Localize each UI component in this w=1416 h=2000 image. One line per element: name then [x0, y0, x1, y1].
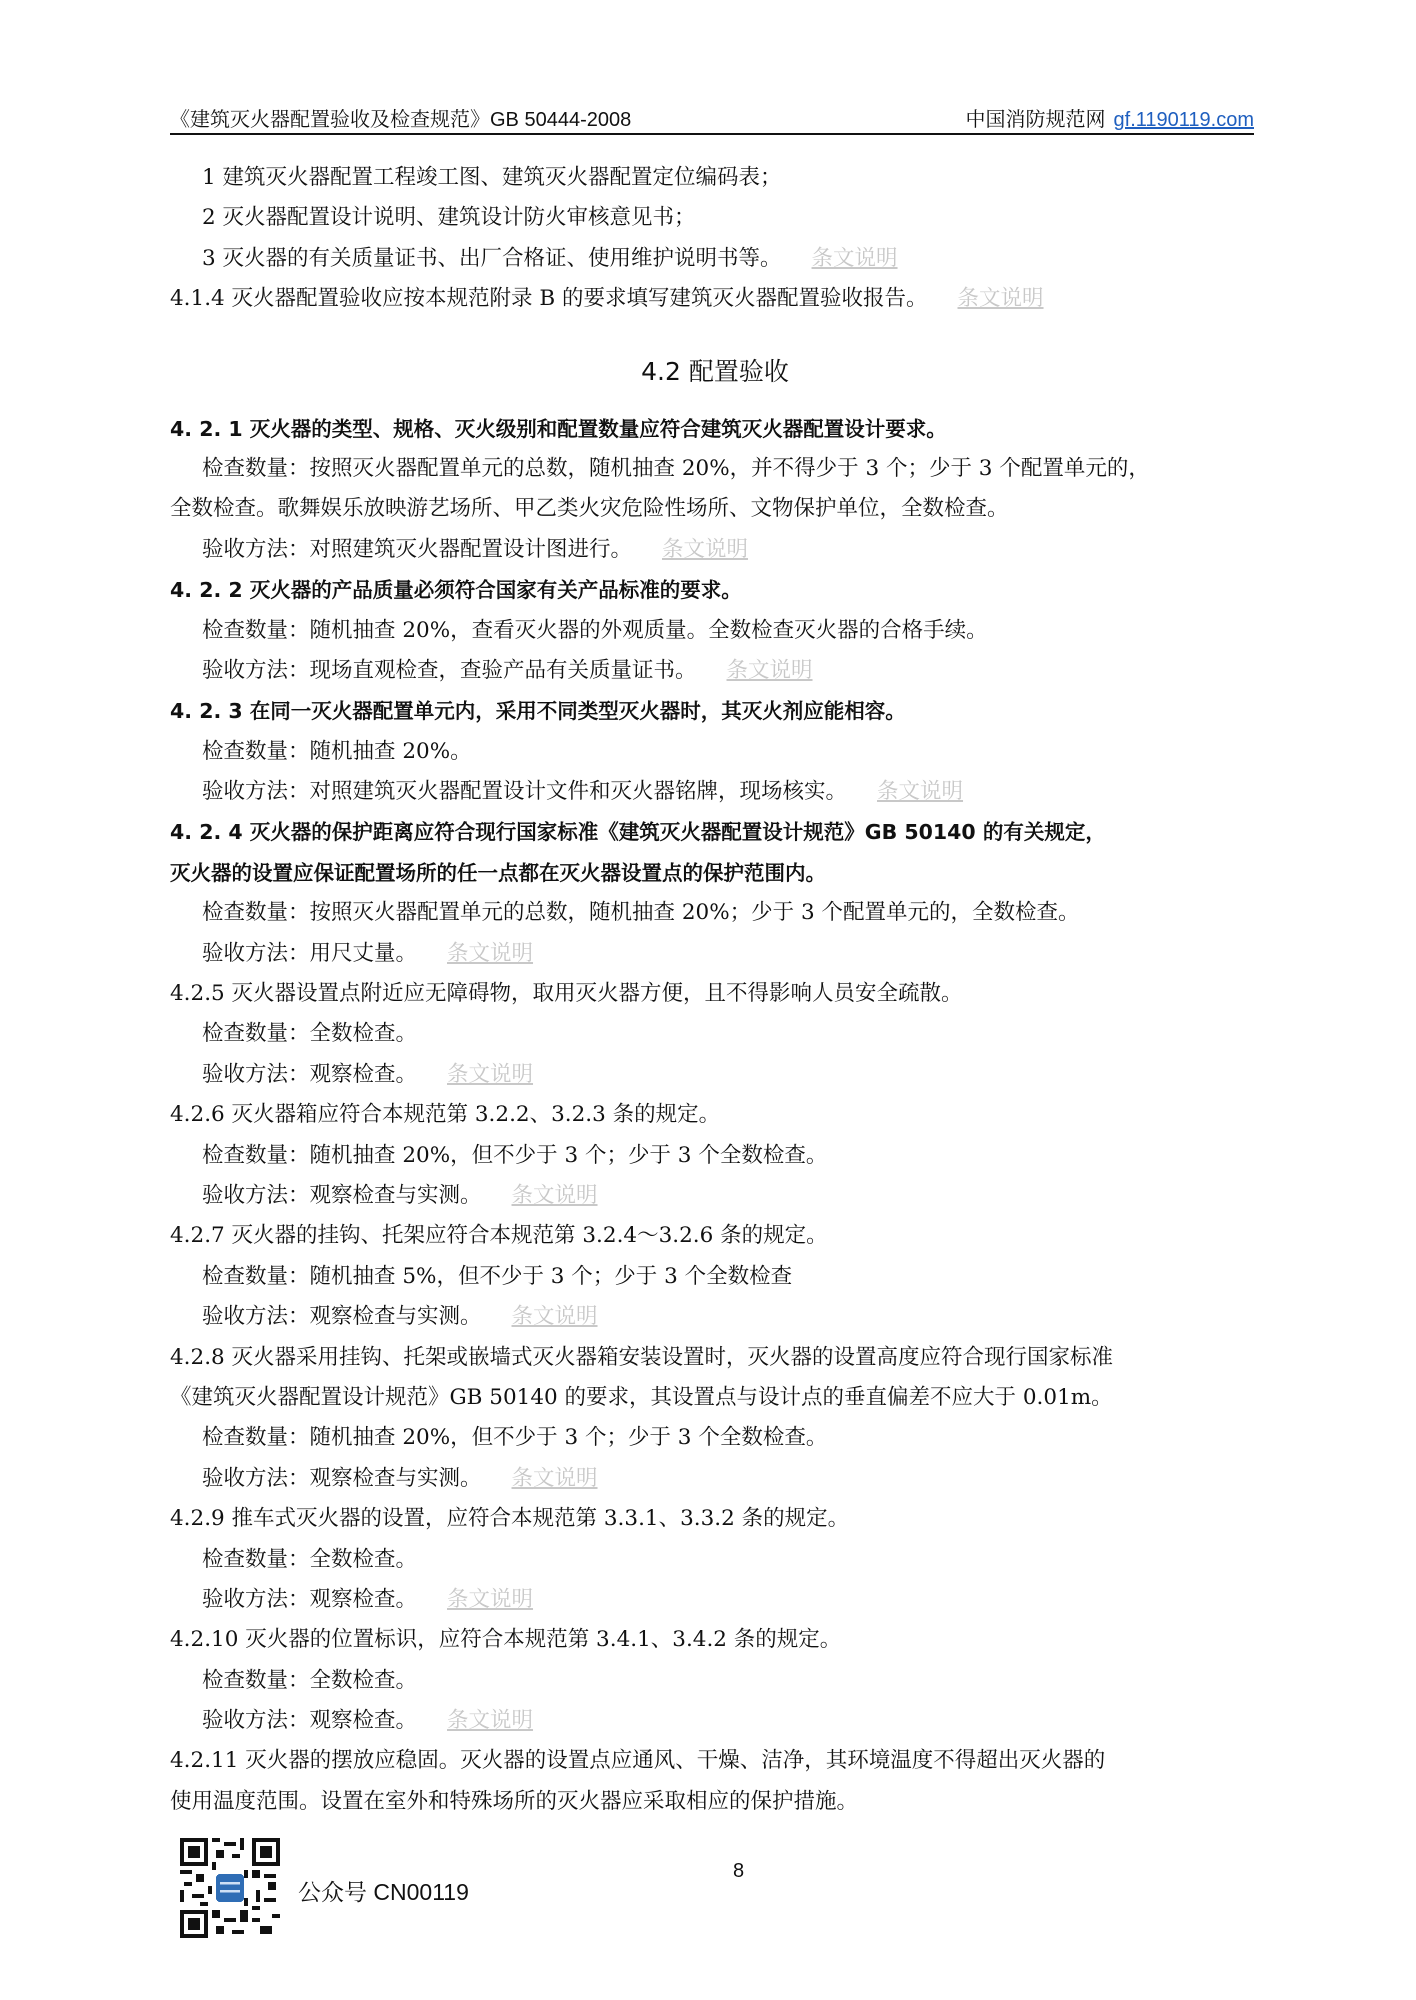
line-text: 4.2.7 灭火器的挂钩、托架应符合本规范第 3.2.4～3.2.6 条的规定。: [170, 1223, 828, 1248]
section-title: 4.2 配置验收: [170, 352, 1260, 392]
clause-explanation-link[interactable]: 条文说明: [877, 779, 963, 804]
text-line: 验收方法：观察检查与实测。条文说明: [170, 1297, 1260, 1337]
text-line: 4.2.11 灭火器的摆放应稳固。灭火器的设置点应通风、干燥、洁净，其环境温度不…: [170, 1741, 1260, 1781]
line-text: 4. 2. 2 灭火器的产品质量必须符合国家有关产品标准的要求。: [170, 578, 742, 602]
line-text: 验收方法：现场直观检查，查验产品有关质量证书。: [202, 658, 697, 683]
line-text: 4. 2. 4 灭火器的保护距离应符合现行国家标准《建筑灭火器配置设计规范》GB…: [170, 820, 1106, 844]
site-link[interactable]: gf.1190119.com: [1114, 109, 1254, 131]
line-text: 3 灭火器的有关质量证书、出厂合格证、使用维护说明书等。: [202, 246, 782, 271]
line-text: 验收方法：观察检查。: [202, 1587, 417, 1612]
clause-explanation-link[interactable]: 条文说明: [958, 286, 1044, 311]
text-line: 检查数量：全数检查。: [170, 1661, 1260, 1701]
line-text: 验收方法：对照建筑灭火器配置设计图进行。: [202, 537, 632, 562]
text-line: 4.2.6 灭火器箱应符合本规范第 3.2.2、3.2.3 条的规定。: [170, 1095, 1260, 1135]
line-text: 灭火器的设置应保证配置场所的任一点都在灭火器设置点的保护范围内。: [170, 861, 826, 885]
line-text: 验收方法：观察检查与实测。: [202, 1304, 482, 1329]
line-text: 验收方法：对照建筑灭火器配置设计文件和灭火器铭牌，现场核实。: [202, 779, 847, 804]
line-text: 检查数量：随机抽查 20%。: [202, 739, 472, 764]
line-text: 检查数量：按照灭火器配置单元的总数，随机抽查 20%；少于 3 个配置单元的，全…: [202, 900, 1079, 925]
document-title: 《建筑灭火器配置验收及检查规范》GB 50444-2008: [170, 103, 631, 132]
clause-heading: 4. 2. 4 灭火器的保护距离应符合现行国家标准《建筑灭火器配置设计规范》GB…: [170, 812, 1260, 852]
text-line: 全数检查。歌舞娱乐放映游艺场所、甲乙类火灾危险性场所、文物保护单位，全数检查。: [170, 489, 1260, 529]
line-text: 2 灭火器配置设计说明、建筑设计防火审核意见书；: [202, 205, 696, 230]
text-line: 检查数量：随机抽查 20%。: [170, 732, 1260, 772]
text-line: 检查数量：按照灭火器配置单元的总数，随机抽查 20%；少于 3 个配置单元的，全…: [170, 893, 1260, 933]
page-number: 8: [733, 1860, 744, 1883]
line-text: 检查数量：全数检查。: [202, 1547, 417, 1572]
page-footer: 公众号 CN00119 8: [180, 1838, 1280, 1948]
site-name: 中国消防规范网: [966, 109, 1106, 131]
line-text: 4.2.11 灭火器的摆放应稳固。灭火器的设置点应通风、干燥、洁净，其环境温度不…: [170, 1748, 1105, 1773]
text-line: 1 建筑灭火器配置工程竣工图、建筑灭火器配置定位编码表；: [170, 158, 1260, 198]
qr-code-icon: [180, 1838, 280, 1938]
clause-explanation-link[interactable]: 条文说明: [512, 1304, 598, 1329]
line-text: 全数检查。歌舞娱乐放映游艺场所、甲乙类火灾危险性场所、文物保护单位，全数检查。: [170, 496, 1009, 521]
text-line: 《建筑灭火器配置设计规范》GB 50140 的要求，其设置点与设计点的垂直偏差不…: [170, 1378, 1260, 1418]
clause-heading: 灭火器的设置应保证配置场所的任一点都在灭火器设置点的保护范围内。: [170, 853, 1260, 893]
page-header: 《建筑灭火器配置验收及检查规范》GB 50444-2008 中国消防规范网gf.…: [170, 103, 1254, 135]
line-text: 4.2.6 灭火器箱应符合本规范第 3.2.2、3.2.3 条的规定。: [170, 1102, 720, 1127]
line-text: 4. 2. 3 在同一灭火器配置单元内，采用不同类型灭火器时，其灭火剂应能相容。: [170, 699, 906, 723]
clause-explanation-link[interactable]: 条文说明: [662, 537, 748, 562]
wechat-account-label: 公众号 CN00119: [298, 1874, 469, 1907]
clause-explanation-link[interactable]: 条文说明: [812, 246, 898, 271]
text-line: 4.2.5 灭火器设置点附近应无障碍物，取用灭火器方便，且不得影响人员安全疏散。: [170, 974, 1260, 1014]
text-line: 验收方法：对照建筑灭火器配置设计图进行。条文说明: [170, 530, 1260, 570]
text-line: 4.2.8 灭火器采用挂钩、托架或嵌墙式灭火器箱安装设置时，灭火器的设置高度应符…: [170, 1338, 1260, 1378]
text-line: 检查数量：随机抽查 20%，查看灭火器的外观质量。全数检查灭火器的合格手续。: [170, 611, 1260, 651]
clause-explanation-link[interactable]: 条文说明: [447, 1062, 533, 1087]
text-line: 验收方法：对照建筑灭火器配置设计文件和灭火器铭牌，现场核实。条文说明: [170, 772, 1260, 812]
text-line: 4.2.7 灭火器的挂钩、托架应符合本规范第 3.2.4～3.2.6 条的规定。: [170, 1216, 1260, 1256]
clause-explanation-link[interactable]: 条文说明: [512, 1183, 598, 1208]
clause-heading: 4. 2. 1 灭火器的类型、规格、灭火级别和配置数量应符合建筑灭火器配置设计要…: [170, 409, 1260, 449]
line-text: 4.2.9 推车式灭火器的设置，应符合本规范第 3.3.1、3.3.2 条的规定…: [170, 1506, 849, 1531]
line-text: 4.2.8 灭火器采用挂钩、托架或嵌墙式灭火器箱安装设置时，灭火器的设置高度应符…: [170, 1345, 1113, 1370]
site-info: 中国消防规范网gf.1190119.com: [966, 103, 1254, 132]
text-line: 检查数量：全数检查。: [170, 1540, 1260, 1580]
text-line: 4.2.9 推车式灭火器的设置，应符合本规范第 3.3.1、3.3.2 条的规定…: [170, 1499, 1260, 1539]
text-line: 2 灭火器配置设计说明、建筑设计防火审核意见书；: [170, 198, 1260, 238]
clause-explanation-link[interactable]: 条文说明: [447, 941, 533, 966]
clause-4-1-list: 1 建筑灭火器配置工程竣工图、建筑灭火器配置定位编码表；2 灭火器配置设计说明、…: [170, 158, 1260, 320]
clause-explanation-link[interactable]: 条文说明: [727, 658, 813, 683]
text-line: 验收方法：观察检查。条文说明: [170, 1580, 1260, 1620]
text-line: 验收方法：观察检查。条文说明: [170, 1055, 1260, 1095]
line-text: 验收方法：观察检查。: [202, 1062, 417, 1087]
line-text: 检查数量：按照灭火器配置单元的总数，随机抽查 20%，并不得少于 3 个；少于 …: [202, 456, 1150, 481]
line-text: 检查数量：随机抽查 20%，但不少于 3 个；少于 3 个全数检查。: [202, 1143, 827, 1168]
line-text: 检查数量：随机抽查 5%，但不少于 3 个；少于 3 个全数检查: [202, 1264, 792, 1289]
clause-heading: 4. 2. 2 灭火器的产品质量必须符合国家有关产品标准的要求。: [170, 570, 1260, 610]
clause-4-2-list: 4. 2. 1 灭火器的类型、规格、灭火级别和配置数量应符合建筑灭火器配置设计要…: [170, 409, 1260, 1823]
document-body: 1 建筑灭火器配置工程竣工图、建筑灭火器配置定位编码表；2 灭火器配置设计说明、…: [170, 158, 1260, 1822]
text-line: 检查数量：随机抽查 5%，但不少于 3 个；少于 3 个全数检查: [170, 1257, 1260, 1297]
line-text: 1 建筑灭火器配置工程竣工图、建筑灭火器配置定位编码表；: [202, 165, 782, 190]
text-line: 验收方法：观察检查与实测。条文说明: [170, 1459, 1260, 1499]
text-line: 3 灭火器的有关质量证书、出厂合格证、使用维护说明书等。条文说明: [170, 239, 1260, 279]
text-line: 验收方法：用尺丈量。条文说明: [170, 934, 1260, 974]
clause-heading: 4. 2. 3 在同一灭火器配置单元内，采用不同类型灭火器时，其灭火剂应能相容。: [170, 691, 1260, 731]
text-line: 验收方法：观察检查。条文说明: [170, 1701, 1260, 1741]
clause-explanation-link[interactable]: 条文说明: [447, 1587, 533, 1612]
line-text: 检查数量：全数检查。: [202, 1021, 417, 1046]
line-text: 验收方法：观察检查。: [202, 1708, 417, 1733]
text-line: 检查数量：按照灭火器配置单元的总数，随机抽查 20%，并不得少于 3 个；少于 …: [170, 449, 1260, 489]
line-text: 验收方法：观察检查与实测。: [202, 1466, 482, 1491]
text-line: 检查数量：随机抽查 20%，但不少于 3 个；少于 3 个全数检查。: [170, 1136, 1260, 1176]
line-text: 4.1.4 灭火器配置验收应按本规范附录 B 的要求填写建筑灭火器配置验收报告。: [170, 286, 928, 311]
text-line: 4.2.10 灭火器的位置标识，应符合本规范第 3.4.1、3.4.2 条的规定…: [170, 1620, 1260, 1660]
clause-explanation-link[interactable]: 条文说明: [512, 1466, 598, 1491]
line-text: 验收方法：用尺丈量。: [202, 941, 417, 966]
line-text: 使用温度范围。设置在室外和特殊场所的灭火器应采取相应的保护措施。: [170, 1789, 858, 1814]
text-line: 检查数量：全数检查。: [170, 1014, 1260, 1054]
text-line: 检查数量：随机抽查 20%，但不少于 3 个；少于 3 个全数检查。: [170, 1418, 1260, 1458]
text-line: 4.1.4 灭火器配置验收应按本规范附录 B 的要求填写建筑灭火器配置验收报告。…: [170, 279, 1260, 319]
line-text: 4.2.5 灭火器设置点附近应无障碍物，取用灭火器方便，且不得影响人员安全疏散。: [170, 981, 963, 1006]
text-line: 验收方法：观察检查与实测。条文说明: [170, 1176, 1260, 1216]
line-text: 《建筑灭火器配置设计规范》GB 50140 的要求，其设置点与设计点的垂直偏差不…: [170, 1385, 1113, 1410]
line-text: 4. 2. 1 灭火器的类型、规格、灭火级别和配置数量应符合建筑灭火器配置设计要…: [170, 417, 947, 441]
line-text: 验收方法：观察检查与实测。: [202, 1183, 482, 1208]
line-text: 4.2.10 灭火器的位置标识，应符合本规范第 3.4.1、3.4.2 条的规定…: [170, 1627, 841, 1652]
text-line: 验收方法：现场直观检查，查验产品有关质量证书。条文说明: [170, 651, 1260, 691]
line-text: 检查数量：随机抽查 20%，查看灭火器的外观质量。全数检查灭火器的合格手续。: [202, 618, 988, 643]
line-text: 检查数量：全数检查。: [202, 1668, 417, 1693]
clause-explanation-link[interactable]: 条文说明: [447, 1708, 533, 1733]
line-text: 检查数量：随机抽查 20%，但不少于 3 个；少于 3 个全数检查。: [202, 1425, 827, 1450]
text-line: 使用温度范围。设置在室外和特殊场所的灭火器应采取相应的保护措施。: [170, 1782, 1260, 1822]
